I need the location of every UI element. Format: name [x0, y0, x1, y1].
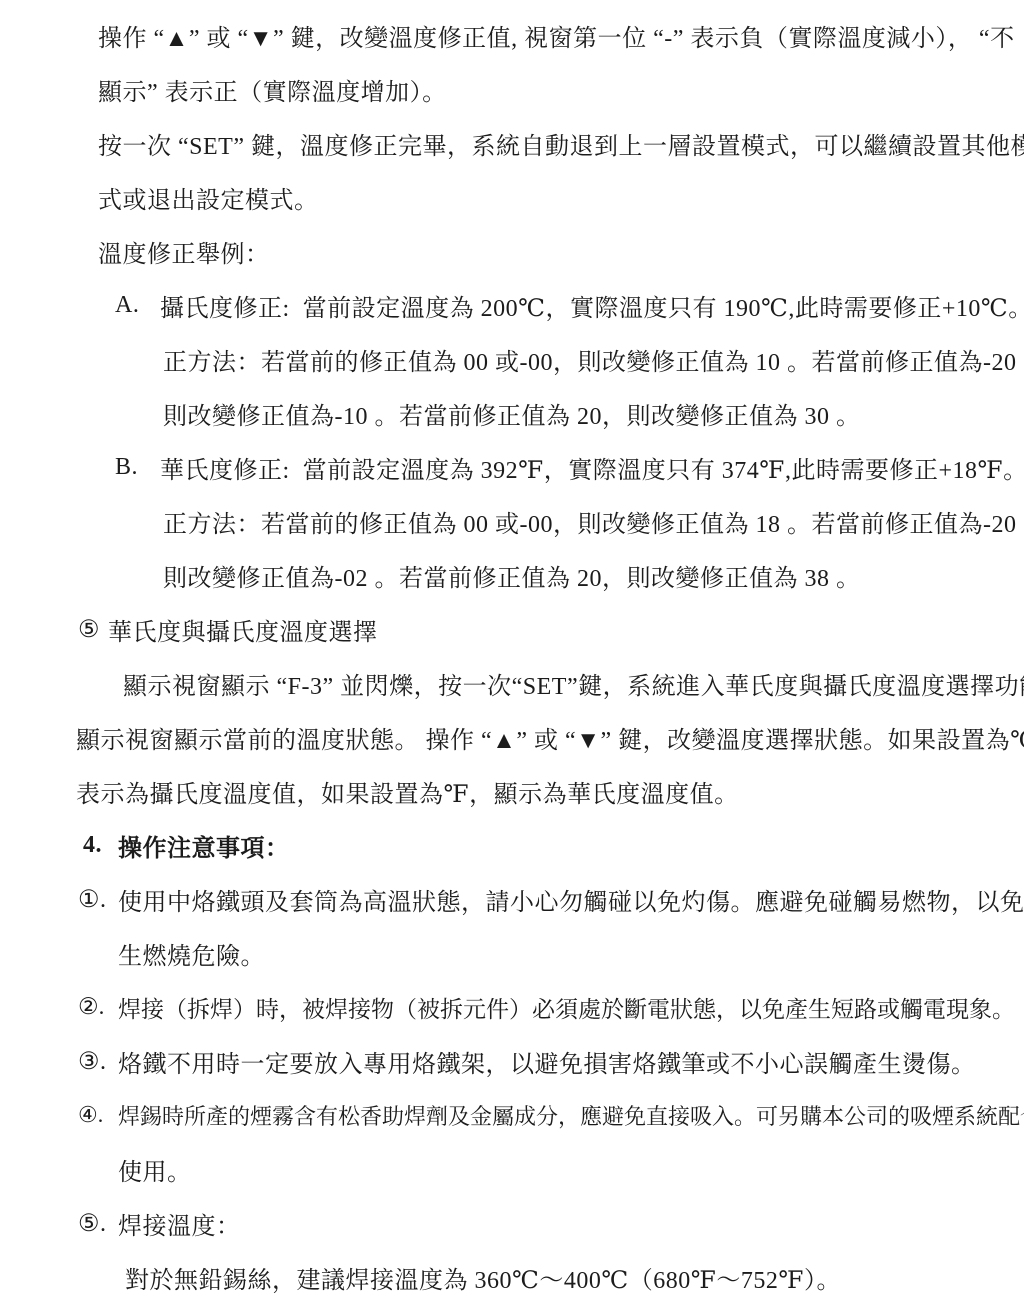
line-text: 焊接（拆焊）時，被焊接物（被拆元件）必須處於斷電狀態，以免產生短路或觸電現象。 — [118, 991, 1015, 1024]
text-line: 則改變修正值為-02 。若當前修正值為 20，則改變修正值為 38 。 — [0, 548, 1024, 602]
text-line: 表示為攝氏度溫度值，如果設置為℉，顯示為華氏度溫度值。 — [0, 764, 1024, 818]
line-text: 使用。 — [118, 1152, 192, 1187]
text-line: A.攝氏度修正: 當前設定溫度為 200℃，實際溫度只有 190℃,此時需要修正… — [0, 278, 1024, 332]
line-text: 則改變修正值為-10 。若當前修正值為 20，則改變修正值為 30 。 — [163, 396, 861, 431]
text-line: 顯示視窗顯示 “F-3” 並閃爍，按一次“SET”鍵，系統進入華氏度與攝氏度溫度… — [0, 656, 1024, 710]
line-text: 烙鐵不用時一定要放入專用烙鐵架，以避免損害烙鐵筆或不小心誤觸產生燙傷。 — [118, 1044, 976, 1079]
text-line: 生燃燒危險。 — [0, 926, 1024, 980]
line-text: 操作 “▲” 或 “▼” 鍵，改變溫度修正值, 視窗第一位 “-” 表示負（實際… — [98, 18, 1015, 53]
line-marker: ①. — [78, 885, 118, 914]
line-marker: ⑤. — [78, 1209, 118, 1238]
text-line: 顯示” 表示正（實際溫度增加）。 — [0, 62, 1024, 116]
line-text: 華氏度修正: 當前設定溫度為 392℉，實際溫度只有 374℉,此時需要修正+1… — [160, 450, 1024, 485]
document-text: 操作 “▲” 或 “▼” 鍵，改變溫度修正值, 視窗第一位 “-” 表示負（實際… — [0, 8, 1024, 1304]
text-line: ④.焊錫時所產的煙霧含有松香助焊劑及金屬成分，應避免直接吸入。可另購本公司的吸煙… — [0, 1088, 1024, 1142]
line-text: 表示為攝氏度溫度值，如果設置為℉，顯示為華氏度溫度值。 — [76, 774, 739, 809]
text-line: B.華氏度修正: 當前設定溫度為 392℉，實際溫度只有 374℉,此時需要修正… — [0, 440, 1024, 494]
line-text: 正方法：若當前的修正值為 00 或-00，則改變修正值為 18 。若當前修正值為… — [163, 504, 1024, 539]
text-line: 式或退出設定模式。 — [0, 170, 1024, 224]
line-text: 焊接溫度： — [118, 1206, 241, 1241]
line-text: 按一次 “SET” 鍵，溫度修正完畢，系統自動退到上一層設置模式，可以繼續設置其… — [98, 126, 1024, 161]
text-line: ⑤華氏度與攝氏度溫度選擇 — [0, 602, 1024, 656]
line-marker: B. — [115, 454, 160, 481]
line-text: 攝氏度修正: 當前設定溫度為 200℃，實際溫度只有 190℃,此時需要修正+1… — [160, 288, 1024, 323]
text-line: 對於無鉛錫絲，建議焊接溫度為 360℃～400℃（680℉～752℉）。 — [0, 1250, 1024, 1304]
text-line: 使用。 — [0, 1142, 1024, 1196]
line-text: 對於無鉛錫絲，建議焊接溫度為 360℃～400℃（680℉～752℉）。 — [125, 1260, 841, 1295]
text-line: 正方法：若當前的修正值為 00 或-00，則改變修正值為 10 。若當前修正值為… — [0, 332, 1024, 386]
line-text: 式或退出設定模式。 — [98, 180, 319, 215]
document-page: 操作 “▲” 或 “▼” 鍵，改變溫度修正值, 視窗第一位 “-” 表示負（實際… — [0, 0, 1024, 1311]
line-text: 顯示” 表示正（實際溫度增加）。 — [98, 72, 447, 107]
text-line: ⑤.焊接溫度： — [0, 1196, 1024, 1250]
text-line: 按一次 “SET” 鍵，溫度修正完畢，系統自動退到上一層設置模式，可以繼續設置其… — [0, 116, 1024, 170]
line-text: 正方法：若當前的修正值為 00 或-00，則改變修正值為 10 。若當前修正值為… — [163, 342, 1024, 377]
text-line: ③.烙鐵不用時一定要放入專用烙鐵架，以避免損害烙鐵筆或不小心誤觸產生燙傷。 — [0, 1034, 1024, 1088]
line-text: 顯示視窗顯示 “F-3” 並閃爍，按一次“SET”鍵，系統進入華氏度與攝氏度溫度… — [123, 666, 1024, 701]
text-line: ①.使用中烙鐵頭及套筒為高溫狀態，請小心勿觸碰以免灼傷。應避免碰觸易燃物，以免產 — [0, 872, 1024, 926]
line-text: 顯示視窗顯示當前的溫度狀態。 操作 “▲” 或 “▼” 鍵，改變溫度選擇狀態。如… — [76, 720, 1024, 755]
line-text: 則改變修正值為-02 。若當前修正值為 20，則改變修正值為 38 。 — [163, 558, 861, 593]
line-text: 使用中烙鐵頭及套筒為高溫狀態，請小心勿觸碰以免灼傷。應避免碰觸易燃物，以免產 — [118, 882, 1024, 917]
line-text: 生燃燒危險。 — [118, 936, 265, 971]
line-marker: ④. — [78, 1102, 118, 1128]
text-line: 4.操作注意事項： — [0, 818, 1024, 872]
line-marker: ⑤ — [78, 615, 108, 644]
text-line: 正方法：若當前的修正值為 00 或-00，則改變修正值為 18 。若當前修正值為… — [0, 494, 1024, 548]
line-marker: 4. — [83, 832, 118, 859]
line-text: 溫度修正舉例： — [98, 234, 270, 269]
line-text: 華氏度與攝氏度溫度選擇 — [108, 612, 378, 647]
text-line: 溫度修正舉例： — [0, 224, 1024, 278]
line-text: 焊錫時所產的煙霧含有松香助焊劑及金屬成分，應避免直接吸入。可另購本公司的吸煙系統… — [118, 1100, 1024, 1131]
line-text: 操作注意事項： — [118, 828, 290, 863]
line-marker: ②. — [78, 994, 118, 1020]
line-marker: A. — [115, 292, 160, 319]
text-line: 顯示視窗顯示當前的溫度狀態。 操作 “▲” 或 “▼” 鍵，改變溫度選擇狀態。如… — [0, 710, 1024, 764]
text-line: ②.焊接（拆焊）時，被焊接物（被拆元件）必須處於斷電狀態，以免產生短路或觸電現象… — [0, 980, 1024, 1034]
line-marker: ③. — [78, 1047, 118, 1076]
text-line: 則改變修正值為-10 。若當前修正值為 20，則改變修正值為 30 。 — [0, 386, 1024, 440]
text-line: 操作 “▲” 或 “▼” 鍵，改變溫度修正值, 視窗第一位 “-” 表示負（實際… — [0, 8, 1024, 62]
